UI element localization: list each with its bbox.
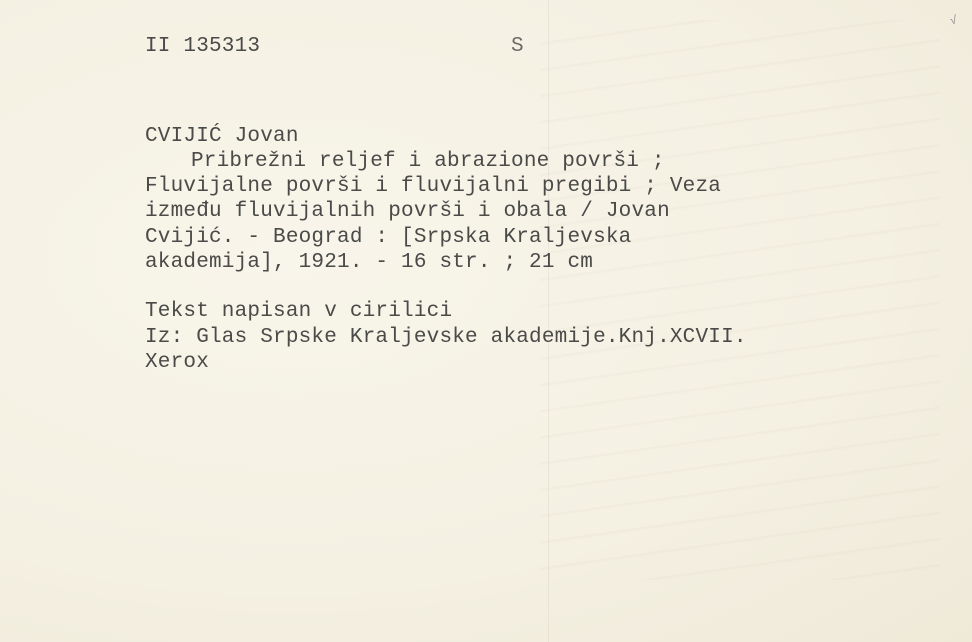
title-line-3: između fluvijalnih površi i obala / Jova… — [145, 200, 670, 224]
physical-description-line: akademija], 1921. - 16 str. ; 21 cm — [145, 251, 593, 275]
show-through-texture — [540, 20, 940, 580]
note-script: Tekst napisan v cirilici — [145, 300, 452, 324]
author-heading: CVIJIĆ Jovan — [145, 125, 299, 149]
card-crease — [548, 0, 549, 642]
sigla-letter: S — [511, 35, 524, 59]
title-line-1: Pribrežni reljef i abrazione površi ; — [191, 150, 665, 174]
catalog-card: II 135313 S √ CVIJIĆ Jovan Pribrežni rel… — [0, 0, 972, 642]
title-line-2: Fluvijalne površi i fluvijalni pregibi ;… — [145, 175, 721, 199]
publication-line: Cvijić. - Beograd : [Srpska Kraljevska — [145, 226, 631, 250]
note-format: Xerox — [145, 351, 209, 375]
check-mark-icon: √ — [949, 13, 959, 28]
call-number: II 135313 — [145, 35, 260, 59]
note-source: Iz: Glas Srpske Kraljevske akademije.Knj… — [145, 326, 747, 350]
